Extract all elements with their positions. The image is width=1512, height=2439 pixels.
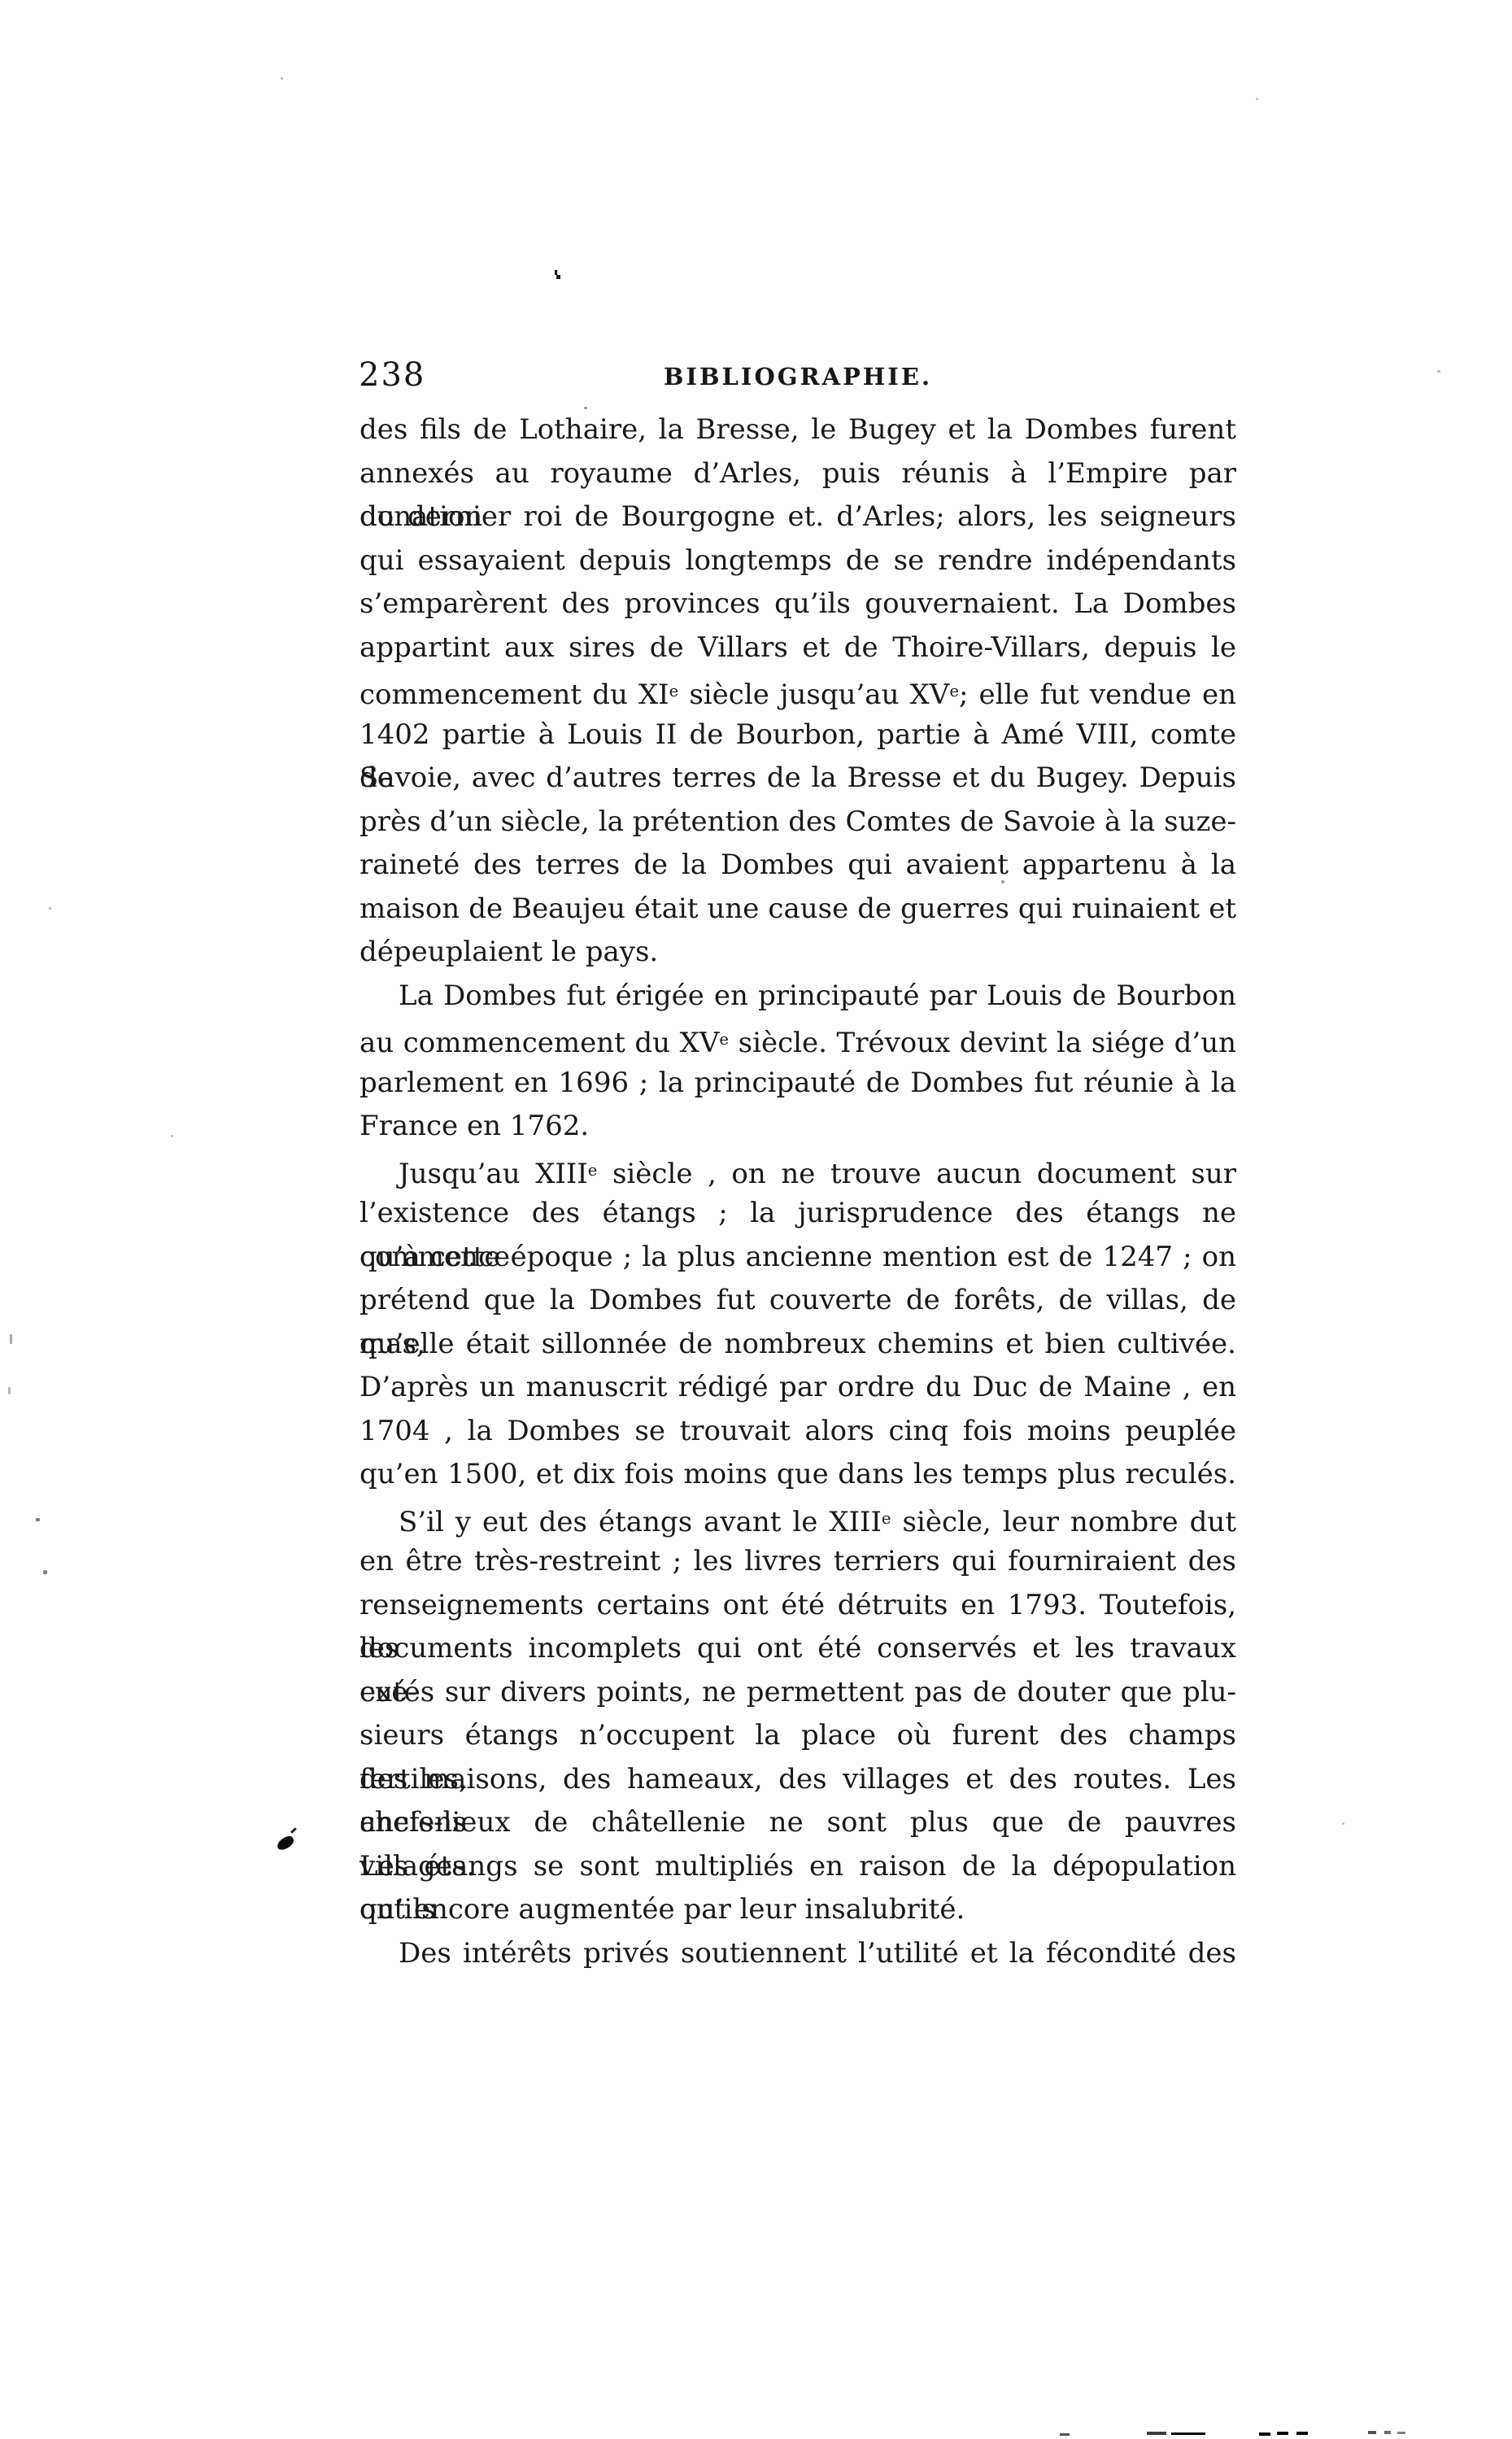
text-line: France en 1762. (359, 1105, 1236, 1149)
ink-mark (275, 1835, 296, 1852)
running-title: BIBLIOGRAPHIE. (359, 365, 1236, 389)
text-line: dépeuplaient le pays. (359, 931, 1236, 975)
text-line: 1704 , la Dombes se trouvait alors cinq … (359, 1410, 1236, 1454)
scan-speck (36, 1518, 40, 1521)
scan-speck (1342, 1822, 1344, 1825)
scan-speck (584, 407, 587, 409)
text-line: La Dombes fut érigée en principauté par … (359, 975, 1236, 1019)
scan-edge-dash (1397, 2432, 1405, 2434)
text-line: sieurs étangs n’occupent la place où fur… (359, 1714, 1236, 1758)
scan-speck (281, 77, 283, 80)
text-line: commencement du XIe siècle jusqu’au XVe;… (359, 670, 1236, 713)
text-line: parlement en 1696 ; la principauté de Do… (359, 1062, 1236, 1106)
scan-speck (43, 1570, 47, 1574)
text-line: S’il y eut des étangs avant le XIIIe siè… (359, 1497, 1236, 1541)
text-line: s’emparèrent des provinces qu’ils gouver… (359, 582, 1236, 626)
scan-speck (49, 907, 51, 910)
scan-edge-dash (1171, 2432, 1205, 2435)
text-line: du dernier roi de Bourgogne et. d’Arles;… (359, 495, 1236, 539)
text-line: documents incomplets qui ont été conserv… (359, 1627, 1236, 1671)
text-line: Les étangs se sont multipliés en raison … (359, 1845, 1236, 1889)
scan-edge-dash (1296, 2432, 1308, 2435)
scan-speck (1001, 880, 1004, 884)
scan-edge-dash (1384, 2431, 1391, 2434)
scan-edge-dash (1259, 2432, 1270, 2436)
text-line: prétend que la Dombes fut couverte de fo… (359, 1279, 1236, 1323)
text-line: qu’en 1500, et dix fois moins que dans l… (359, 1453, 1236, 1497)
scan-speck (1256, 98, 1258, 100)
text-line: qu’à cette époque ; la plus ancienne men… (359, 1236, 1236, 1280)
text-line: annexés au royaume d’Arles, puis réunis … (359, 452, 1236, 496)
scan-speck (171, 1135, 173, 1137)
text-line: maison de Beaujeu était une cause de gue… (359, 888, 1236, 932)
scan-edge-dash (1277, 2432, 1288, 2435)
text-line: qui essayaient depuis longtemps de se re… (359, 539, 1236, 583)
text-line: raineté des terres de la Dombes qui avai… (359, 844, 1236, 888)
text-line: appartint aux sires de Villars et de Tho… (359, 626, 1236, 670)
text-line: Jusqu’au XIIIe siècle , on ne trouve auc… (359, 1149, 1236, 1193)
text-line: Savoie, avec d’autres terres de la Bress… (359, 757, 1236, 801)
text-line: l’existence des étangs ; la jurisprudenc… (359, 1192, 1236, 1236)
text-line: 1402 partie à Louis II de Bourbon, parti… (359, 713, 1236, 757)
book-page: 238 BIBLIOGRAPHIE. des fils de Lothaire,… (0, 0, 1512, 2439)
text-line: D’après un manuscrit rédigé par ordre du… (359, 1366, 1236, 1410)
text-line: ont encore augmentée par leur insalubrit… (359, 1888, 1236, 1932)
text-line: des fils de Lothaire, la Bresse, le Buge… (359, 408, 1236, 452)
scan-edge-dash (1147, 2432, 1166, 2435)
text-line: en être très-restreint ; les livres terr… (359, 1540, 1236, 1584)
text-line: Des intérêts privés soutiennent l’utilit… (359, 1932, 1236, 1976)
scan-speck (10, 1334, 12, 1344)
page-body-text: des fils de Lothaire, la Bresse, le Buge… (359, 408, 1236, 1975)
text-line: renseignements certains ont été détruits… (359, 1584, 1236, 1628)
scan-edge-dash (1368, 2431, 1376, 2434)
text-line: cutés sur divers points, ne permettent p… (359, 1671, 1236, 1715)
text-line: chefs-lieux de châtellenie ne sont plus … (359, 1801, 1236, 1845)
scan-speck (8, 1387, 11, 1394)
text-line: qu’elle était sillonnée de nombreux chem… (359, 1323, 1236, 1367)
scan-artifact (555, 270, 560, 279)
text-line: des maisons, des hameaux, des villages e… (359, 1758, 1236, 1802)
text-line: au commencement du XVe siècle. Trévoux d… (359, 1018, 1236, 1062)
text-line: près d’un siècle, la prétention des Comt… (359, 801, 1236, 844)
scan-speck (1437, 370, 1440, 373)
scan-edge-dash (1060, 2433, 1070, 2436)
